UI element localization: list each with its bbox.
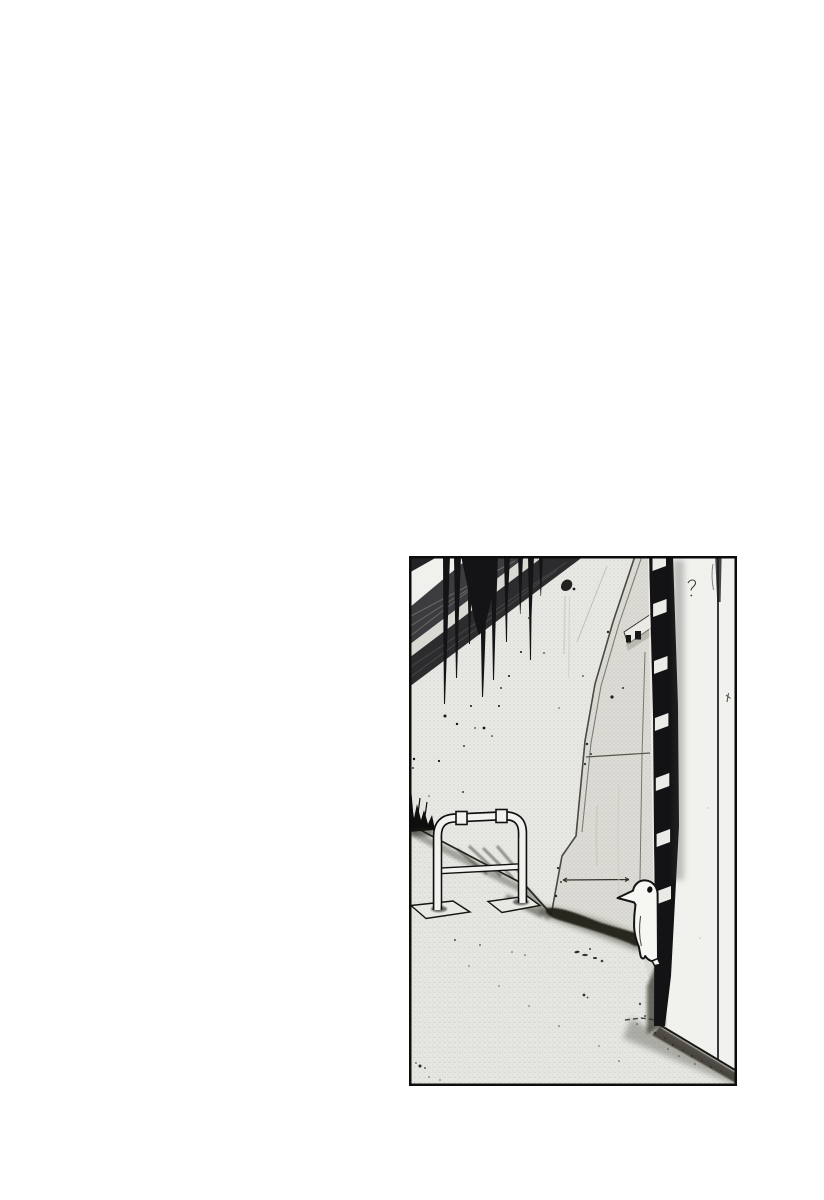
rail-sleeve xyxy=(496,810,507,823)
rail-sleeve xyxy=(456,812,467,825)
manga-panel xyxy=(409,556,737,1086)
